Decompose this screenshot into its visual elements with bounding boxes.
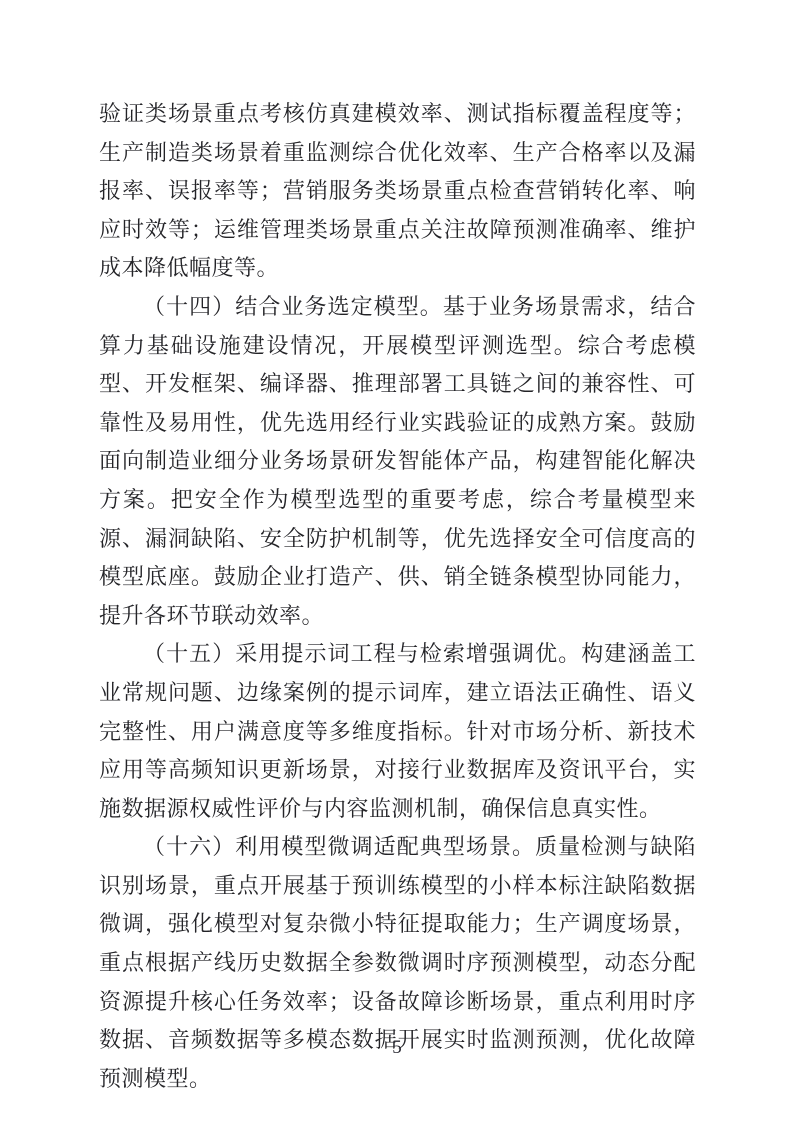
document-page: 验证类场景重点考核仿真建模效率、测试指标覆盖程度等；生产制造类场景着重监测综合优… xyxy=(0,0,794,1123)
page-number: 5 xyxy=(0,1036,794,1060)
paragraph-continuation: 验证类场景重点考核仿真建模效率、测试指标覆盖程度等；生产制造类场景着重监测综合优… xyxy=(99,95,696,288)
paragraph-item-14: （十四）结合业务选定模型。基于业务场景需求，结合算力基础设施建设情况，开展模型评… xyxy=(99,288,696,635)
document-body: 验证类场景重点考核仿真建模效率、测试指标覆盖程度等；生产制造类场景着重监测综合优… xyxy=(99,95,696,1098)
paragraph-item-15: （十五）采用提示词工程与检索增强调优。构建涵盖工业常规问题、边缘案例的提示词库，… xyxy=(99,635,696,828)
